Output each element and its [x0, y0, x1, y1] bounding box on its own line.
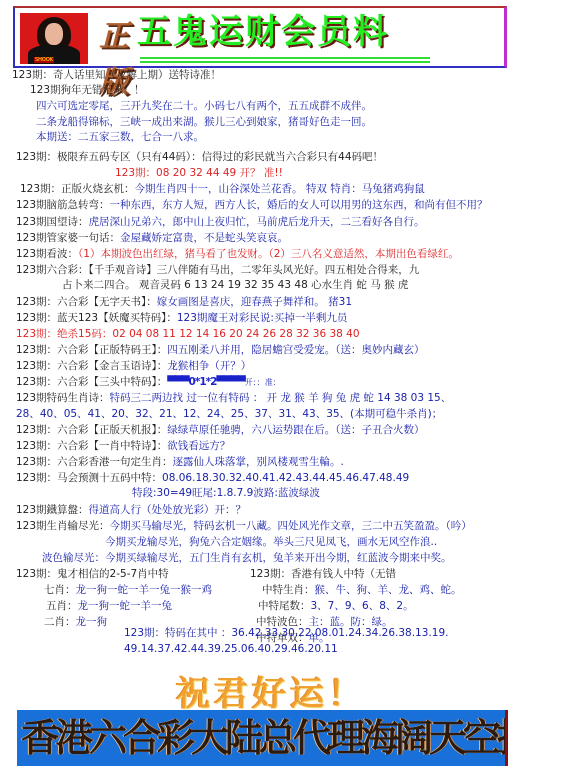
line-label: 123期管家婆一句话： [16, 232, 120, 244]
line-label: 123期：极限弃五码专区（只有44码）：信得过的彩民就当六合彩只有44码吧！ [16, 151, 383, 163]
line-value: 金屋藏娇定富贵，不是蛇头笑哀哀。 [120, 232, 288, 244]
logo-mark: 正版 [99, 14, 127, 60]
poem-line: 二条龙船得锦标，三峡一成出来湖。猴儿三心到娘家，猪哥好色走一回。 [36, 116, 372, 128]
line-label: 123期：正版火烧玄机： [20, 183, 135, 195]
line-value: 开：：准： [245, 378, 281, 387]
text-line: 123期：绝杀15码：02 04 08 11 12 14 16 20 24 26… [16, 327, 360, 341]
text-line: 123期看波：（1）本期波色出红绿，猪马看了也发财。（2）三八名义意适然，本期出… [16, 247, 459, 261]
left-item: 二肖：龙一狗 [44, 615, 107, 629]
poem-line: 四六可选定零尾，三开九奖在二十。小码七八有两个，五五成群不成伴。 [36, 100, 372, 112]
line-label: 123期狗年无错记录！！ [30, 84, 145, 96]
text-line: 123期脑筋急转弯：一种东西，东方人短，西方人长，婚后的女人可以用男的这东西，和… [16, 198, 488, 212]
text-line: 123期：六合彩【三头中特码】：▀▀▀0*1*2▀▀▀▀开：：准： [16, 375, 281, 390]
footer-text: 香港六合彩大陆总代理海阔天空提供 [21, 714, 508, 762]
avatar-caption: SHOOK [34, 57, 54, 63]
left-column-title: 123期：鬼才相信的2-5-7肖中特 [16, 567, 169, 581]
special-numbers-line: 123期：特码在其中 ：36.42.33.30.22.08.01.24.34.2… [124, 626, 448, 640]
line-label: 123期：六合彩【金言玉语诗】： [16, 360, 167, 372]
text-line: 123期：奇人话里知（及解上期）送特诗准！ [12, 68, 221, 82]
avatar: SHOOK [20, 13, 88, 64]
text-line: 123期：六合彩【金言玉语诗】：龙猴相争（开？） [16, 359, 251, 373]
text-line: 123期管家婆一句话：金屋藏娇定富贵，不是蛇头笑哀哀。 [16, 231, 288, 245]
line-label: 123期国望诗： [16, 216, 89, 228]
left-item: 七肖：龙一狗一蛇一羊一兔一猴一鸡 [44, 583, 212, 597]
line-value: （1）本期波色出红绿，猪马看了也发财。（2）三八名义意适然，本期出色看绿红。 [78, 248, 459, 260]
line-value: 一种东西，东方人短，西方人长，婚后的女人可以用男的这东西，和尚有但不用？ [110, 199, 488, 211]
line-label: 123期：六合彩【无字天书】： [16, 296, 157, 308]
line-label: 占卜来二四合。 观音灵码 6 13 24 19 32 35 43 48 心水生肖… [62, 279, 408, 291]
item-value: 龙一狗 [76, 616, 108, 628]
text-line: 123期生肖输尽光：今期买马输尽光，特码玄机一八藏。四处风光作文章，三二中五笑盈… [16, 519, 472, 533]
text-line: 123期特码生肖诗：特码三二两边找 过一位有特码 ： 开 龙 猴 羊 狗 兔 虎… [16, 391, 451, 405]
item-value: 龙一狗一蛇一羊一兔一猴一鸡 [76, 584, 213, 596]
line-value: 08.06.18.30.32.40.41.42.43.44.45.46.47.4… [162, 472, 409, 484]
column-title: 123期：香港有钱人中特（无错 [250, 568, 396, 580]
kill-numbers: 123期：绝杀15码：02 04 08 11 12 14 16 20 24 26… [16, 328, 360, 340]
text-line: 123期：极限弃五码专区（只有44码）：信得过的彩民就当六合彩只有44码吧！ [16, 150, 383, 164]
item-value: 猴、牛、狗、羊、龙、鸡、蛇。 [315, 584, 462, 596]
line-label: 123期看波： [16, 248, 78, 260]
line-value: 四五刚柔八并用，隐居蟾宫受爱宠。（送：奥妙内藏玄） [167, 344, 424, 356]
line-value: 欲钱看远方？ [167, 440, 230, 452]
title-underline [140, 61, 430, 63]
text-line: 四六可选定零尾，三开九奖在二十。小码七八有两个，五五成群不成伴。 [36, 99, 372, 113]
text-line: 123期狗年无错记录！！ [30, 83, 145, 97]
line-value: 今期买龙输尽光，狗兔六合定姻缘。举头三尺见凤飞，画水无风空作浪.. [105, 536, 437, 548]
line-value: 虎居深山兄弟六，郎中山上夜归忙，马前虎后龙升天，二三看好各自行。 [89, 216, 425, 228]
text-line: 今期买龙输尽光，狗兔六合定姻缘。举头三尺见凤飞，画水无风空作浪.. [105, 535, 437, 549]
page-title: 五鬼运财会员料 [137, 10, 389, 54]
line-value: 波色输尽光：今期买绿输尽光，五门生肖有玄机，兔羊来开出今期，红蓝波今期来中奖。 [42, 552, 452, 564]
line-label: 123期：蓝天123【妖魔买特码】： [16, 312, 177, 324]
line-label: 123期：六合彩【三头中特码】： [16, 376, 167, 388]
line-value: 特码三二两边找 过一位有特码 ： 开 龙 猴 羊 狗 兔 虎 蛇 14 38 0… [110, 392, 452, 404]
avatar-face [45, 23, 63, 45]
text-line: 28、40、05、41、20、32、21、12、24、25、37、31、43、3… [16, 407, 442, 421]
item-value: 龙一狗一蛇一羊一兔 [78, 600, 173, 612]
highlight-numbers: 123期：08 20 32 44 49 开？ 准!! [115, 167, 283, 179]
line-value: 28、40、05、41、20、32、21、12、24、25、37、31、43、3… [16, 408, 442, 420]
item-label: 五肖： [46, 600, 78, 612]
line-label: 123期：六合彩【正版特码王】： [16, 344, 167, 356]
text-line: 123期：六合彩香港一句定生肖：逐露仙人珠落掌，别风楼观雪生輪。. [16, 455, 344, 469]
text-line: 二条龙船得锦标，三峡一成出来湖。猴儿三心到娘家，猪哥好色走一回。 [36, 115, 372, 129]
right-column-title: 123期：香港有钱人中特（无错 [250, 567, 396, 581]
text-line: 123期：六合彩【一肖中特诗】：欲钱看远方？ [16, 439, 230, 453]
column-title: 123期：鬼才相信的2-5-7肖中特 [16, 568, 169, 580]
line-label: 123期特码生肖诗： [16, 392, 110, 404]
line-label: 123期六合彩：【千手观音诗】三八伴随有马出，二零年头风光好。四五相处合得来，九 [16, 264, 419, 276]
item-value: 3、7、9、6、8、2。 [311, 600, 414, 612]
line-value: 今期买马输尽光，特码玄机一八藏。四处风光作文章，三二中五笑盈盈。（吟） [110, 520, 472, 532]
line-label: 123期生肖输尽光： [16, 520, 110, 532]
text-line: 123期鐡算盤：得道高人行（处处放光彩）开：？ [16, 503, 246, 517]
special-numbers: 123期：特码在其中 ：36.42.33.30.22.08.01.24.34.2… [124, 627, 448, 639]
line-label: 123期脑筋急转弯： [16, 199, 110, 211]
text-line: 123期：蓝天123【妖魔买特码】：123期魔王对彩民说:买掉一半剩九员 [16, 311, 347, 325]
text-line: 123期：六合彩【正版特码王】：四五刚柔八并用，隐居蟾宫受爱宠。（送：奥妙内藏玄… [16, 343, 425, 357]
special-numbers-line: 49.14.37.42.44.39.25.06.40.29.46.20.11 [124, 642, 338, 656]
line-value: 嫁女画图是喜庆，迎春燕子舞祥和。 猪31 [157, 296, 352, 308]
poem-line: 本期送：二五家三数，七合一八求。 [36, 131, 204, 143]
title-underline [140, 57, 430, 59]
text-line: 本期送：二五家三数，七合一八求。 [36, 130, 204, 144]
right-item: 中特生肖：猴、牛、狗、羊、龙、鸡、蛇。 [262, 583, 462, 597]
line-value: 逐露仙人珠落掌，别风楼观雪生輪。. [173, 456, 344, 468]
left-item: 五肖：龙一狗一蛇一羊一兔 [46, 599, 172, 613]
text-line: 123期：六合彩【无字天书】：嫁女画图是喜庆，迎春燕子舞祥和。 猪31 [16, 295, 352, 309]
line-label: 123期鐡算盤： [16, 504, 89, 516]
item-label: 中特尾数： [258, 600, 311, 612]
line-label: 123期：六合彩香港一句定生肖： [16, 456, 173, 468]
header-banner: SHOOK 正版 五鬼运财会员料 [13, 6, 507, 68]
item-label: 二肖： [44, 616, 76, 628]
text-line: 波色输尽光：今期买绿输尽光，五门生肖有玄机，兔羊来开出今期，红蓝波今期来中奖。 [42, 551, 452, 565]
line-value: 今期生肖四十一，山谷深处兰花香。 特双 特肖：马兔猪鸡狗鼠 [135, 183, 425, 195]
text-line: 占卜来二四合。 观音灵码 6 13 24 19 32 35 43 48 心水生肖… [62, 278, 408, 292]
text-line: 123期：六合彩【正版天机报】：绿绿草原任驰骋，六八运势跟在后。（送：子丑合火数… [16, 423, 425, 437]
text-line: 123期：正版火烧玄机：今期生肖四十一，山谷深处兰花香。 特双 特肖：马兔猪鸡狗… [20, 182, 425, 196]
text-line: 123期六合彩：【千手观音诗】三八伴随有马出，二零年头风光好。四五相处合得来，九 [16, 263, 419, 277]
line-value: 绿绿草原任驰骋，六八运势跟在后。（送：子丑合火数） [167, 424, 424, 436]
line-value: 123期魔王对彩民说:买掉一半剩九员 [177, 312, 348, 324]
line-label: 123期：奇人话里知（及解上期）送特诗准！ [12, 69, 221, 81]
right-item: 中特尾数：3、7、9、6、8、2。 [258, 599, 414, 613]
good-luck-banner: 祝君好运！ [176, 666, 366, 715]
line-label: 123期：六合彩【正版天机报】： [16, 424, 167, 436]
line-value: 龙猴相争（开？） [167, 360, 251, 372]
text-line: 123期：08 20 32 44 49 开？ 准!! [115, 166, 283, 180]
line-label: 123期：马会预测十五码中特： [16, 472, 162, 484]
footer-banner: 香港六合彩大陆总代理海阔天空提供 [17, 710, 508, 766]
line-value: 得道高人行（处处放光彩）开：？ [89, 504, 247, 516]
text-line: 123期：马会预测十五码中特：08.06.18.30.32.40.41.42.4… [16, 471, 409, 485]
text-line: 123期国望诗：虎居深山兄弟六，郎中山上夜归忙，马前虎后龙升天，二三看好各自行。 [16, 215, 425, 229]
item-label: 中特生肖： [262, 584, 315, 596]
line-value: 特段:30=49旺尾:1.8.7.9波路:蓝波绿波 [132, 487, 320, 499]
text-line: 特段:30=49旺尾:1.8.7.9波路:蓝波绿波 [132, 486, 320, 500]
special-numbers: 49.14.37.42.44.39.25.06.40.29.46.20.11 [124, 643, 338, 655]
line-value: ▀▀▀0*1*2▀▀▀▀ [167, 376, 244, 388]
line-label: 123期：六合彩【一肖中特诗】： [16, 440, 167, 452]
item-label: 七肖： [44, 584, 76, 596]
